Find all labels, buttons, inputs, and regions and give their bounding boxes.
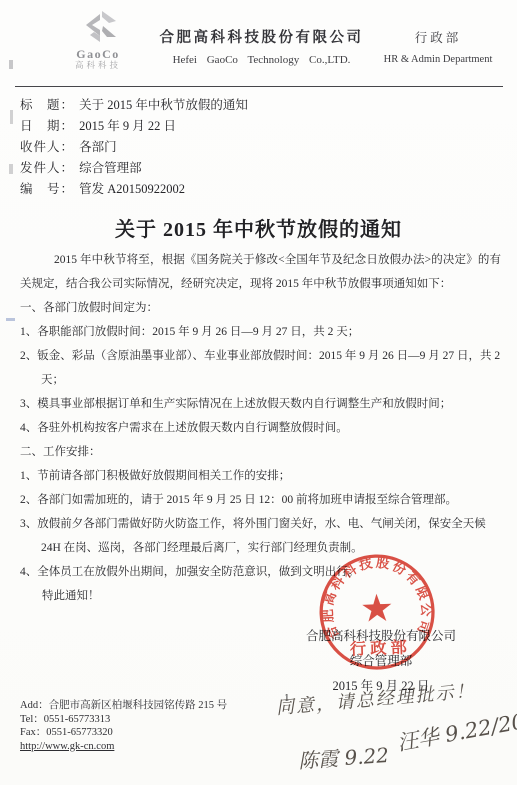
signoff-date: 2015 年 9 月 22 日 (291, 674, 471, 699)
department-block: 行政部 HR & Admin Department (373, 28, 503, 65)
meta-value: 各部门 (79, 140, 117, 154)
meta-label: 发件人： (20, 161, 74, 175)
meta-label: 日 期： (20, 119, 74, 133)
footer-tel: Tel：0551-65773313 (20, 713, 227, 727)
meta-value: 综合管理部 (79, 161, 142, 175)
company-name-en: Hefei GaoCo Technology Co.,LTD. (150, 54, 373, 66)
meta-value: 关于 2015 年中秋节放假的通知 (79, 98, 248, 112)
fax-label: Fax： (20, 727, 46, 738)
section2-item: 2、各部门如需加班的，请于 2015 年 9 月 25 日 12：00 前将加班… (20, 488, 501, 512)
fax-value: 0551-65773320 (46, 727, 113, 738)
meta-value: 管发 A20150922002 (79, 182, 185, 196)
meta-label: 收件人： (20, 140, 74, 154)
section1-item: 3、模具事业部根据订单和生产实际情况在上述放假天数内自行调整生产和放假时间； (20, 392, 501, 416)
meta-row-number: 编 号： 管发 A20150922002 (20, 179, 501, 200)
intro-paragraph: 2015 年中秋节将至，根据《国务院关于修改<全国年节及纪念日放假办法>的决定》… (20, 248, 501, 296)
section1-heading: 一、各部门放假时间定为： (20, 296, 501, 320)
company-name-cn: 合肥高科科技股份有限公司 (150, 26, 373, 47)
footer-contact: Add：合肥市高新区柏堰科技园铭传路 215 号 Tel：0551-657733… (20, 699, 227, 753)
document-meta: 标 题： 关于 2015 年中秋节放假的通知 日 期： 2015 年 9 月 2… (0, 87, 517, 200)
meta-value: 2015 年 9 月 22 日 (79, 119, 176, 133)
logo-text: GaoCo (46, 48, 150, 60)
company-logo: GaoCo 高科科技 (46, 10, 150, 71)
gaoco-logo-icon (76, 10, 120, 48)
document-page: GaoCo 高科科技 合肥高科科技股份有限公司 Hefei GaoCo Tech… (0, 0, 517, 785)
tel-label: Tel： (20, 714, 44, 725)
meta-row-recipient: 收件人： 各部门 (20, 137, 501, 158)
logo-subtext: 高科科技 (46, 60, 150, 71)
company-seal-stamp: 合肥高科科技股份有限公司 行政部 (314, 547, 440, 673)
section1-item: 1、各职能部门放假时间：2015 年 9 月 26 日—9 月 27 日，共 2… (20, 320, 501, 344)
meta-row-subject: 标 题： 关于 2015 年中秋节放假的通知 (20, 95, 501, 116)
handwritten-signature-2: 汪华 9.22/2015 (395, 701, 517, 758)
letterhead: GaoCo 高科科技 合肥高科科技股份有限公司 Hefei GaoCo Tech… (0, 0, 517, 78)
meta-row-date: 日 期： 2015 年 9 月 22 日 (20, 116, 501, 137)
notice-title: 关于 2015 年中秋节放假的通知 (0, 213, 517, 242)
handwritten-signature-1: 陈霞 9.22 (297, 739, 390, 774)
address-label: Add： (20, 700, 49, 711)
footer-fax: Fax：0551-65773320 (20, 726, 227, 740)
section1-item: 4、各驻外机构按客户需求在上述放假天数内自行调整放假时间。 (20, 416, 501, 440)
company-name-block: 合肥高科科技股份有限公司 Hefei GaoCo Technology Co.,… (150, 26, 373, 66)
address-value: 合肥市高新区柏堰科技园铭传路 215 号 (49, 700, 228, 711)
meta-label: 标 题： (20, 98, 74, 112)
department-name-en: HR & Admin Department (373, 54, 503, 65)
meta-label: 编 号： (20, 182, 74, 196)
notice-body: 2015 年中秋节将至，根据《国务院关于修改<全国年节及纪念日放假办法>的决定》… (0, 246, 517, 608)
website-link[interactable]: http://www.gk-cn.com (20, 741, 114, 752)
tel-value: 0551-65773313 (44, 714, 111, 725)
section1-item: 2、钣金、彩品（含原油墨事业部）、车业事业部放假时间：2015 年 9 月 26… (20, 344, 501, 392)
section2-heading: 二、工作安排： (20, 440, 501, 464)
stamp-label: 行政部 (350, 638, 412, 659)
section2-item: 1、节前请各部门积极做好放假期间相关工作的安排； (20, 464, 501, 488)
footer-address: Add：合肥市高新区柏堰科技园铭传路 215 号 (20, 699, 227, 713)
department-name-cn: 行政部 (373, 28, 503, 46)
meta-row-sender: 发件人： 综合管理部 (20, 158, 501, 179)
stamp-star-icon (362, 593, 392, 622)
